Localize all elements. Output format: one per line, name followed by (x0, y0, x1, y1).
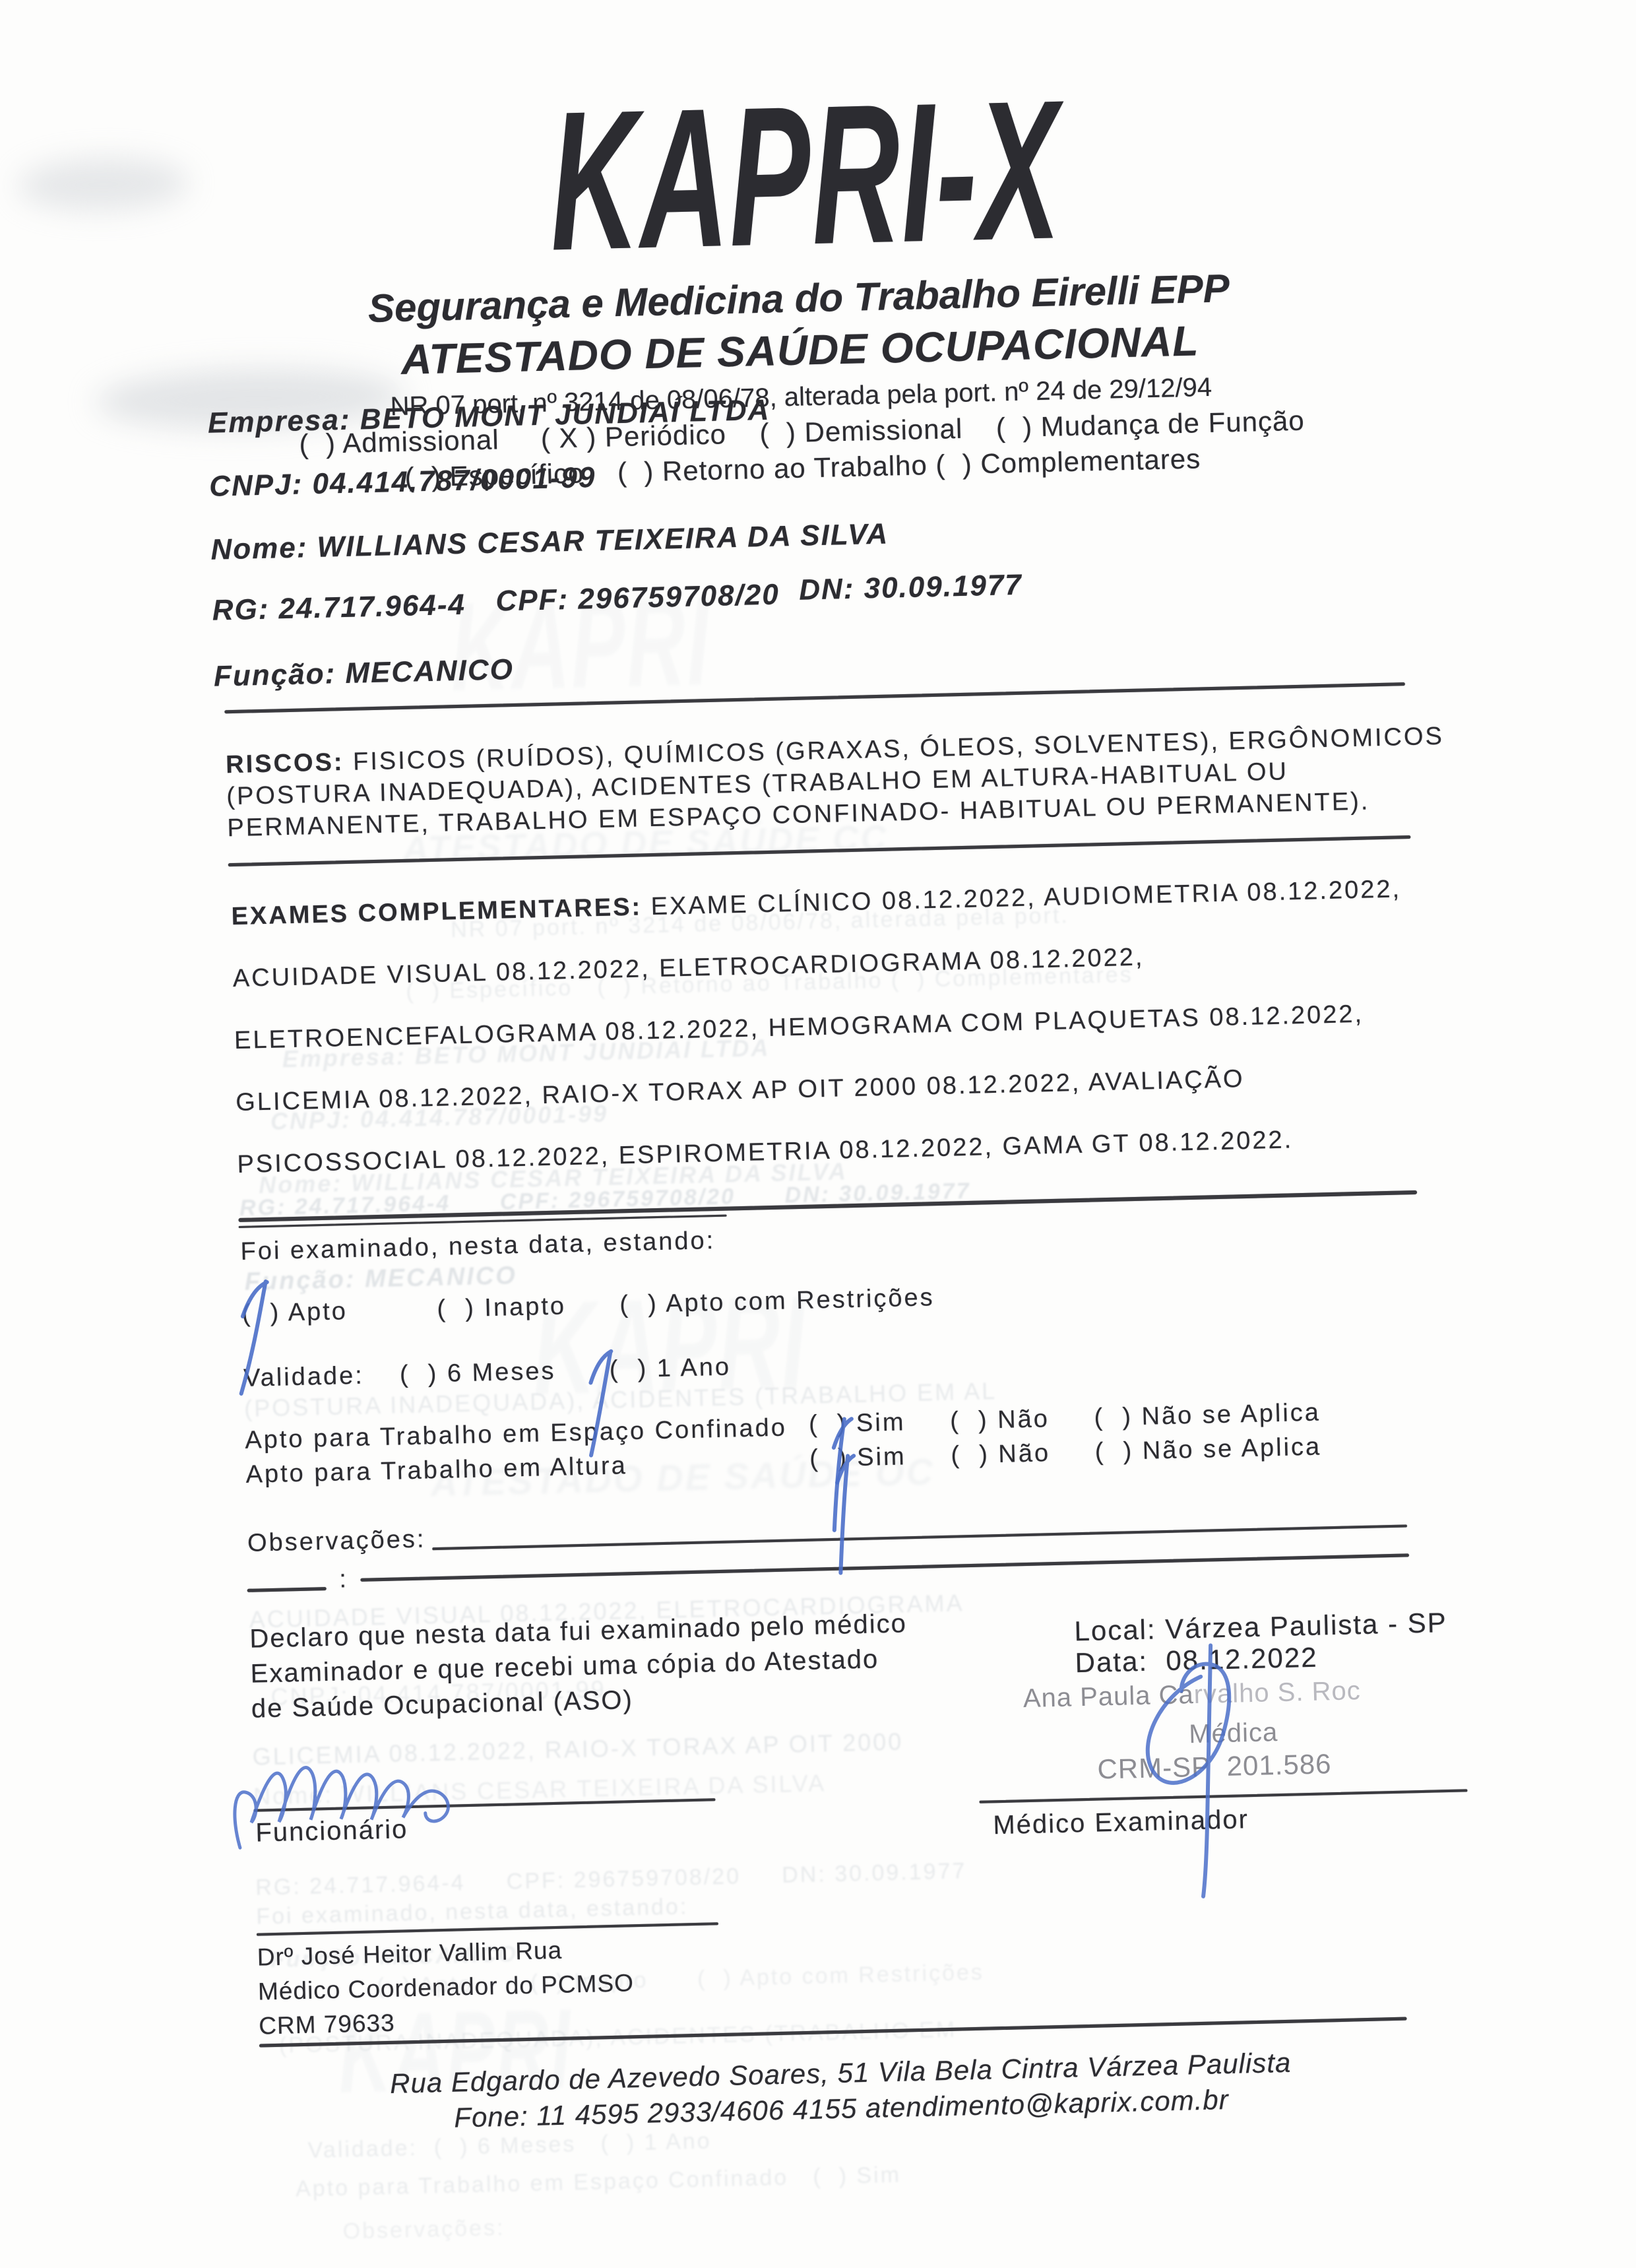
data-value: 08.12.2022 (1147, 1642, 1318, 1677)
cnpj-label: CNPJ: (209, 468, 303, 502)
funcao-row: Função: MECANICO (214, 653, 515, 694)
nome-value: WILLIANS CESAR TEIXEIRA DA SILVA (307, 518, 889, 564)
scanned-aso-document: KAPRI ATESTADO DE SAÚDE CC NR 07 port. n… (0, 0, 1636, 2268)
ghost-text: Função: MECANICO (244, 1262, 517, 1297)
local-label: Local: (1074, 1613, 1156, 1646)
funcao-label: Função: (214, 657, 336, 692)
logo-text: KAPRI-X (548, 70, 1062, 280)
document-sheet: KAPRI ATESTADO DE SAÚDE CC NR 07 port. n… (0, 0, 1636, 2268)
riscos-label: RISCOS: (226, 748, 344, 779)
ghost-text: Observações: (342, 2215, 505, 2245)
exames-line-3: ELETROENCEFALOGRAMA 08.12.2022, HEMOGRAM… (234, 1000, 1364, 1055)
empresa-label: Empresa: (207, 404, 351, 439)
colon-mark: : (339, 1565, 349, 1594)
local-value: Várzea Paulista - SP (1156, 1607, 1447, 1644)
cpf-field: CPF: 296759708/20 (495, 578, 780, 618)
doctor-stamp-crm: CRM-SP 201.586 (1097, 1748, 1332, 1785)
cnpj-value: 04.414.787/0001-99 (303, 461, 596, 500)
observacoes-label: Observações: (247, 1525, 426, 1557)
coordinator-crm: CRM 79633 (259, 2009, 395, 2040)
divider-line (360, 1553, 1409, 1581)
ghost-text: GLICEMIA 08.12.2022, RAIO-X TORAX AP OIT… (252, 1728, 904, 1770)
exam-result-intro: Foi examinado, nesta data, estando: (240, 1227, 716, 1266)
doctor-stamp-name: Ana Paula Carvalho S. Roc (1022, 1676, 1361, 1714)
rg-field: RG: 24.717.964-4 (212, 589, 466, 628)
employee-signature-label: Funcionário (255, 1815, 408, 1848)
local-row: Local: Várzea Paulista - SP (1074, 1607, 1447, 1647)
nome-row: Nome: WILLIANS CESAR TEIXEIRA DA SILVA (210, 518, 889, 567)
doctor-stamp-title: Médica (1189, 1718, 1278, 1749)
examiner-signature-line (980, 1789, 1468, 1803)
ghost-text: Apto para Trabalho em Espaço Confinado (… (296, 2162, 902, 2203)
height-work-options: ( ) Sim ( ) Não ( ) Não se Aplica (809, 1433, 1322, 1473)
data-label: Data: (1075, 1646, 1148, 1679)
stamp-faded-part: rvalho S. Roc (1193, 1676, 1361, 1709)
nome-label: Nome: (210, 531, 308, 566)
examiner-signature-label: Médico Examinador (993, 1805, 1249, 1840)
funcao-value: MECANICO (336, 653, 515, 690)
dn-field: DN: 30.09.1977 (799, 569, 1023, 607)
divider-dash (247, 1587, 327, 1592)
coordinator-role: Médico Coordenador do PCMSO (258, 1969, 635, 2005)
observacoes-blank-line (432, 1524, 1407, 1550)
ghost-text: RG: 24.717.964-4 CPF: 296759708/20 DN: 3… (255, 1858, 967, 1900)
data-row: Data: 08.12.2022 (1075, 1642, 1318, 1679)
exames-line-4: GLICEMIA 08.12.2022, RAIO-X TORAX AP OIT… (236, 1065, 1245, 1117)
